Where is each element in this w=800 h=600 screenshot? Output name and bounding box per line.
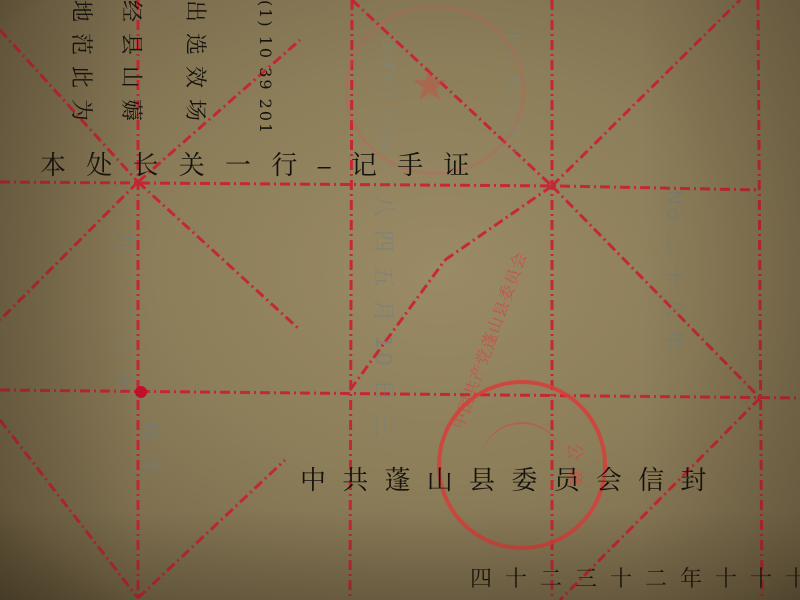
faded-seal-outer-text: 四川省人民政府: [376, 35, 399, 154]
handwriting-row-main: 中 共 蓬 山 县 委 员 会 信 封: [300, 460, 710, 497]
handwriting-column-1: 地 范 此 为: [67, 0, 98, 123]
handwriting-column-4: (1) 10 39 201: [256, 0, 275, 135]
document-photo: ★ 四川省人民政府 十 二 年 八 月 十 中国共产党蓬山县委员会 公 章 九 …: [0, 0, 800, 600]
pencil-note-left: 九 一 二 八 年: [109, 230, 140, 395]
faded-seal-inner-text: 十 二 年 八 月 十: [503, 28, 526, 160]
handwriting-row-bottom: 四 十 二 三 十 二 年 十 十 十 一: [470, 562, 800, 593]
star-icon: ★: [410, 60, 449, 111]
pencil-note-center: 八 四 五 月 10 日 三: [369, 195, 400, 439]
handwriting-column-2: 经 县 山 薅: [117, 0, 148, 123]
pencil-note-left-lower: 和 米: [134, 420, 165, 480]
pencil-note-right: No 二 十 八 年: [661, 190, 690, 353]
handwriting-row-upper: 本 处 长 关 一 行 ⎯ 记 手 证: [40, 145, 475, 182]
handwriting-column-3: 出 选 效 场: [181, 0, 212, 123]
